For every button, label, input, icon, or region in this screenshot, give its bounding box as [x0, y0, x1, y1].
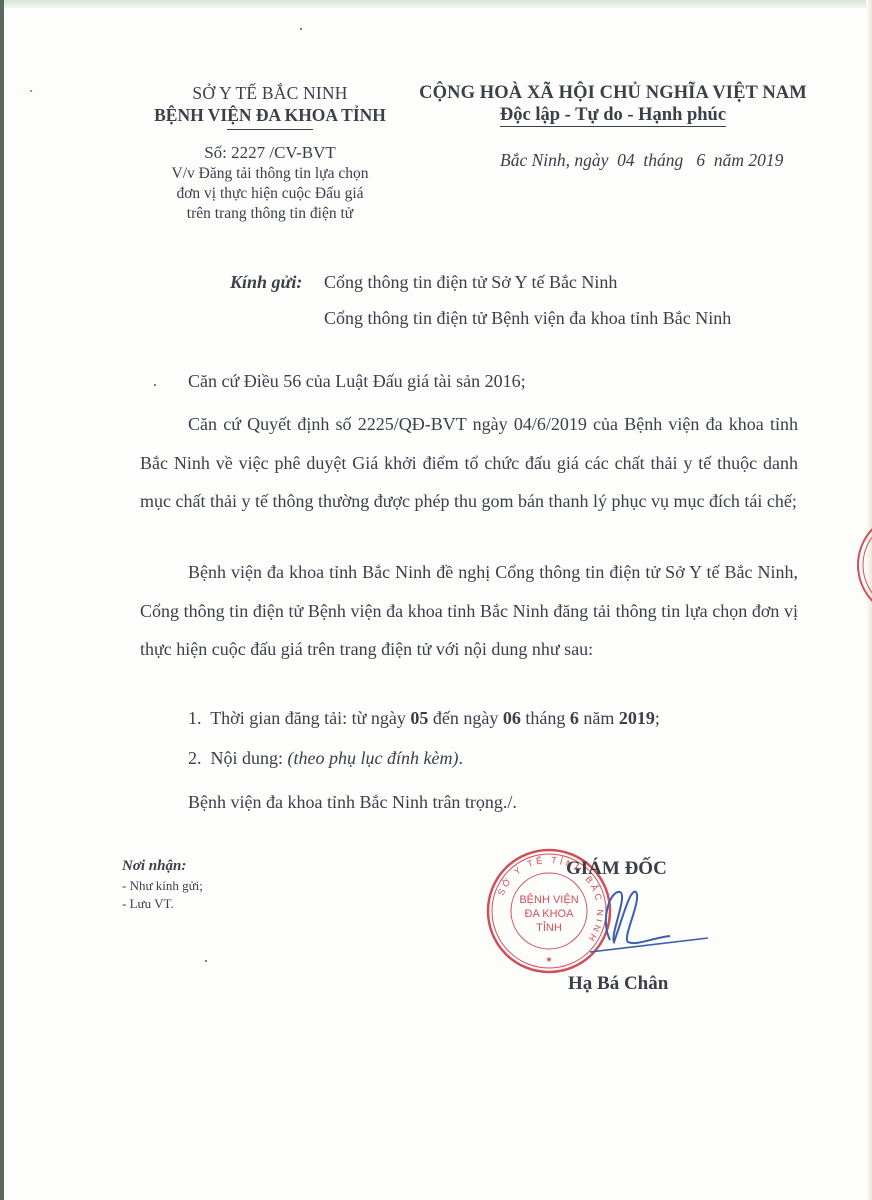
recipients-footer-label: Nơi nhận: — [122, 858, 186, 875]
partial-stamp-icon — [850, 520, 872, 610]
list-item-2: 2. Nội dung: (theo phụ lục đính kèm). — [188, 748, 463, 769]
stamp-line: ĐA KHOA — [525, 908, 575, 920]
list-number: 2. — [188, 748, 202, 768]
list-text: ; — [655, 708, 660, 728]
recipient-item: Cổng thông tin điện tử Sở Y tế Bắc Ninh — [324, 272, 617, 293]
scan-left-edge — [0, 0, 4, 1200]
recipients-footer-item: - Lưu VT. — [122, 896, 174, 912]
list-text: tháng — [521, 708, 570, 728]
signature-icon — [580, 880, 710, 960]
national-title: CỘNG HOÀ XÃ HỘI CHỦ NGHĨA VIỆT NAM — [408, 82, 818, 104]
dateline: Bắc Ninh, ngày 04 tháng 6 năm 2019 — [500, 150, 783, 171]
org-name: BỆNH VIỆN ĐA KHOA TỈNH — [140, 104, 400, 126]
list-text: . — [458, 748, 463, 768]
recipients-footer-item: - Như kính gửi; — [122, 878, 203, 894]
scan-speck — [205, 960, 207, 962]
parent-org: SỞ Y TẾ BẮC NINH — [140, 82, 400, 104]
recipients-label: Kính gửi: — [230, 272, 302, 293]
motto: Độc lập - Tự do - Hạnh phúc — [408, 104, 818, 126]
subject-line: đơn vị thực hiện cuộc Đấu giá — [140, 184, 400, 204]
stamp-line: BỆNH VIỆN — [519, 893, 578, 906]
stamp-line: TỈNH — [536, 921, 562, 934]
basis-paragraph: Căn cứ Quyết định số 2225/QĐ-BVT ngày 04… — [140, 405, 798, 521]
month: 6 — [570, 708, 579, 728]
signer-title: GIÁM ĐỐC — [566, 858, 667, 880]
list-text: đến ngày — [428, 708, 502, 728]
list-text: Nội dung: — [211, 748, 288, 768]
list-text: Thời gian đăng tải: từ ngày — [210, 708, 410, 728]
scan-speck — [300, 28, 302, 30]
closing-line: Bệnh viện đa khoa tỉnh Bắc Ninh trân trọ… — [188, 792, 517, 813]
request-paragraph: Bệnh viện đa khoa tỉnh Bắc Ninh đề nghị … — [140, 553, 798, 669]
recipient-item: Cổng thông tin điện tử Bệnh viện đa khoa… — [324, 308, 731, 329]
divider — [227, 129, 313, 130]
list-text: năm — [579, 708, 619, 728]
from-day: 05 — [410, 708, 428, 728]
list-number: 1. — [188, 708, 202, 728]
document-number: Số: 2227 /CV-BVT — [140, 142, 400, 164]
motto-text: Độc lập - Tự do - Hạnh phúc — [500, 105, 726, 127]
scan-speck — [30, 90, 32, 92]
basis-paragraph: Căn cứ Điều 56 của Luật Đấu giá tài sản … — [140, 362, 798, 401]
scan-speck — [154, 384, 156, 386]
list-item-1: 1. Thời gian đăng tải: từ ngày 05 đến ng… — [188, 708, 660, 729]
year: 2019 — [619, 708, 655, 728]
signer-name: Hạ Bá Chân — [568, 973, 668, 995]
attachment-note: (theo phụ lục đính kèm) — [288, 748, 459, 768]
to-day: 06 — [503, 708, 521, 728]
subject-line: V/v Đăng tải thông tin lựa chọn — [140, 164, 400, 184]
scan-top-band — [0, 0, 872, 8]
subject-line: trên trang thông tin điện tử — [140, 204, 400, 224]
national-header: CỘNG HOÀ XÃ HỘI CHỦ NGHĨA VIỆT NAM Độc l… — [408, 82, 818, 126]
issuer-block: SỞ Y TẾ BẮC NINH BỆNH VIỆN ĐA KHOA TỈNH … — [140, 82, 400, 224]
svg-text:★: ★ — [545, 955, 552, 964]
